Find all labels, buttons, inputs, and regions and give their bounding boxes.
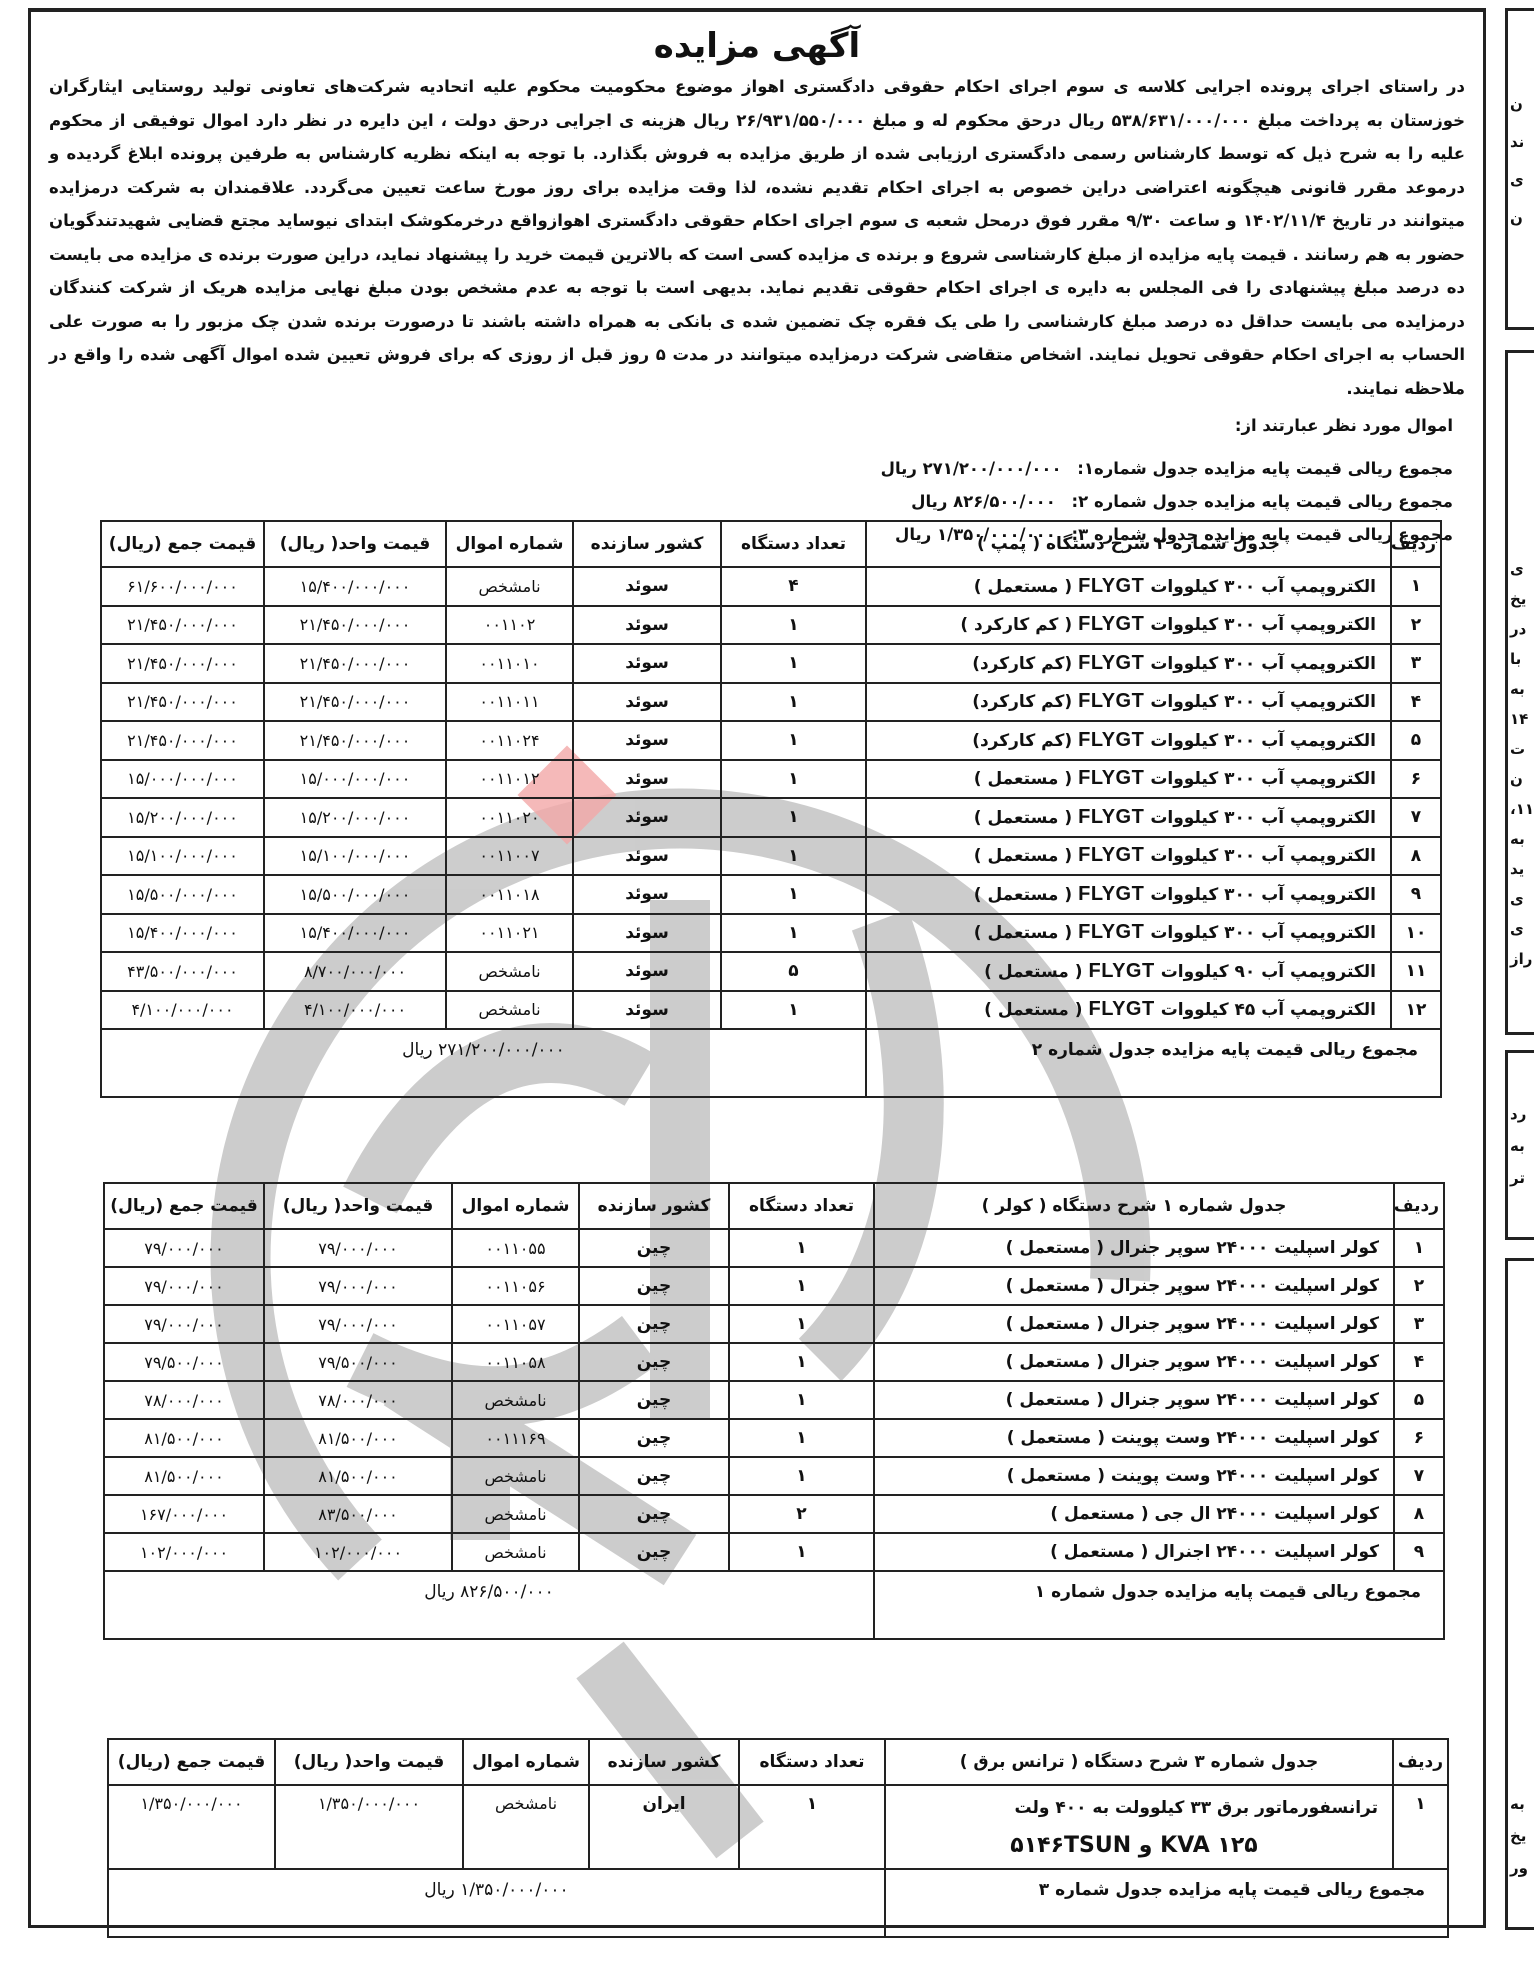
item-country: چین: [579, 1305, 729, 1343]
item-total-price: ۲۱/۴۵۰/۰۰۰/۰۰۰: [101, 683, 264, 722]
item-asset-number: نامشخص: [446, 567, 573, 606]
row-number: ۷: [1391, 798, 1441, 837]
item-unit-price: ۲۱/۴۵۰/۰۰۰/۰۰۰: [264, 606, 446, 645]
desc-condition: ( مستعمل ): [984, 962, 1082, 982]
table-sum-row: مجموع ریالی قیمت پایه مزایده جدول شماره …: [108, 1869, 1448, 1937]
brand-name: FLYGT: [1078, 575, 1144, 597]
row-number: ۶: [1394, 1419, 1444, 1457]
item-unit-price: ۴/۱۰۰/۰۰۰/۰۰۰: [264, 991, 446, 1030]
col-description: جدول شماره ۳ شرح دستگاه ( ترانس برق ): [885, 1739, 1393, 1785]
adjacent-text-fragment: راز: [1510, 945, 1532, 973]
table-row: ۴الکتروپمپ آب ۳۰۰ کیلوواتFLYGT(کم کارکرد…: [101, 683, 1441, 722]
item-total-price: ۸۱/۵۰۰/۰۰۰: [104, 1419, 264, 1457]
item-unit-price: ۱۵/۰۰۰/۰۰۰/۰۰۰: [264, 760, 446, 799]
item-country: چین: [579, 1343, 729, 1381]
item-description: کولر اسپلیت ۲۴۰۰۰ اجنرال ( مستعمل ): [874, 1533, 1394, 1571]
item-description: کولر اسپلیت ۲۴۰۰۰ سوپر جنرال ( مستعمل ): [874, 1343, 1394, 1381]
adjacent-text-fragment: ۱۴: [1510, 705, 1528, 733]
table-sum-row: مجموع ریالی قیمت پایه مزایده جدول شماره …: [104, 1571, 1444, 1639]
col-asset-number: شماره اموال: [452, 1183, 579, 1229]
table-row: ۷کولر اسپلیت ۲۴۰۰۰ وست پوینت ( مستعمل )۱…: [104, 1457, 1444, 1495]
row-number: ۹: [1391, 875, 1441, 914]
col-total-price: قیمت جمع (ریال): [108, 1739, 275, 1785]
coolers-table: ردیف جدول شماره ۱ شرح دستگاه ( کولر ) تع…: [103, 1182, 1445, 1640]
item-country: سوئد: [573, 837, 721, 876]
col-asset-number: شماره اموال: [463, 1739, 589, 1785]
desc-prefix: الکتروپمپ آب ۳۰۰ کیلووات: [1150, 923, 1376, 943]
table-row: ۵الکتروپمپ آب ۳۰۰ کیلوواتFLYGT(کم کارکرد…: [101, 721, 1441, 760]
adjacent-text-fragment: ن: [1510, 765, 1523, 793]
item-unit-price: ۲۱/۴۵۰/۰۰۰/۰۰۰: [264, 644, 446, 683]
item-country: سوئد: [573, 567, 721, 606]
row-number: ۵: [1391, 721, 1441, 760]
item-description: کولر اسپلیت ۲۴۰۰۰ ال جی ( مستعمل ): [874, 1495, 1394, 1533]
item-description: الکتروپمپ آب ۳۰۰ کیلوواتFLYGT( مستعمل ): [866, 837, 1391, 876]
adjacent-text-fragment: یخ: [1510, 585, 1526, 613]
item-unit-price: ۱۵/۵۰۰/۰۰۰/۰۰۰: [264, 875, 446, 914]
table-row: ۱ترانسفورماتور برق ۳۳ کیلوولت به ۴۰۰ ولت…: [108, 1785, 1448, 1869]
item-count: ۱: [721, 721, 866, 760]
desc-prefix: الکتروپمپ آب ۳۰۰ کیلووات: [1150, 846, 1376, 866]
item-unit-price: ۱۵/۴۰۰/۰۰۰/۰۰۰: [264, 567, 446, 606]
item-country: سوئد: [573, 991, 721, 1030]
item-count: ۱: [721, 875, 866, 914]
desc-condition: ( کم کارکرد ): [960, 615, 1072, 635]
brand-name: FLYGT: [1088, 960, 1154, 982]
item-unit-price: ۱/۳۵۰/۰۰۰/۰۰۰: [275, 1785, 463, 1869]
item-unit-price: ۷۹/۰۰۰/۰۰۰: [264, 1305, 452, 1343]
item-count: ۱: [729, 1381, 874, 1419]
table-row: ۳کولر اسپلیت ۲۴۰۰۰ سوپر جنرال ( مستعمل )…: [104, 1305, 1444, 1343]
desc-prefix: الکتروپمپ آب ۳۰۰ کیلووات: [1150, 808, 1376, 828]
adjacent-text-fragment: ور: [1510, 1854, 1528, 1882]
item-unit-price: ۲۱/۴۵۰/۰۰۰/۰۰۰: [264, 683, 446, 722]
item-country: سوئد: [573, 606, 721, 645]
table-header-row: ردیف جدول شماره ۱ شرح دستگاه ( کولر ) تع…: [104, 1183, 1444, 1229]
adjacent-text-fragment: ی: [1510, 166, 1524, 194]
item-unit-price: ۸۱/۵۰۰/۰۰۰: [264, 1457, 452, 1495]
brand-name: FLYGT: [1078, 613, 1144, 635]
brand-name: FLYGT: [1078, 729, 1144, 751]
table-row: ۷الکتروپمپ آب ۳۰۰ کیلوواتFLYGT( مستعمل )…: [101, 798, 1441, 837]
item-total-price: ۲۱/۴۵۰/۰۰۰/۰۰۰: [101, 606, 264, 645]
row-number: ۳: [1391, 644, 1441, 683]
desc-condition: ( مستعمل ): [984, 1000, 1082, 1020]
item-asset-number: ۰۰۱۱۰۵۶: [452, 1267, 579, 1305]
table-row: ۲الکتروپمپ آب ۳۰۰ کیلوواتFLYGT( کم کارکر…: [101, 606, 1441, 645]
total-line-2: مجموع ریالی قیمت پایه مزایده جدول شماره …: [881, 485, 1453, 518]
col-count: تعداد دستگاه: [729, 1183, 874, 1229]
col-unit-price: قیمت واحد( ریال): [264, 521, 446, 567]
item-count: ۱: [721, 798, 866, 837]
item-asset-number: ۰۰۱۱۰۱۸: [446, 875, 573, 914]
desc-prefix: الکتروپمپ آب ۳۰۰ کیلووات: [1150, 731, 1376, 751]
desc-prefix: الکتروپمپ آب ۳۰۰ کیلووات: [1150, 885, 1376, 905]
table-row: ۸الکتروپمپ آب ۳۰۰ کیلوواتFLYGT( مستعمل )…: [101, 837, 1441, 876]
item-total-price: ۷۹/۰۰۰/۰۰۰: [104, 1229, 264, 1267]
adjacent-text-fragment: به: [1510, 1132, 1525, 1160]
desc-line-1: ترانسفورماتور برق ۳۳ کیلوولت به ۴۰۰ ولت: [890, 1789, 1378, 1827]
row-number: ۴: [1391, 683, 1441, 722]
row-number: ۷: [1394, 1457, 1444, 1495]
desc-prefix: الکتروپمپ آب ۳۰۰ کیلووات: [1150, 577, 1376, 597]
table-row: ۹الکتروپمپ آب ۳۰۰ کیلوواتFLYGT( مستعمل )…: [101, 875, 1441, 914]
table-row: ۱الکتروپمپ آب ۳۰۰ کیلوواتFLYGT( مستعمل )…: [101, 567, 1441, 606]
item-count: ۱: [721, 991, 866, 1030]
table-row: ۱۱الکتروپمپ آب ۹۰ کیلوواتFLYGT( مستعمل )…: [101, 952, 1441, 991]
row-number: ۵: [1394, 1381, 1444, 1419]
adjacent-text-fragment: یخ: [1510, 1822, 1526, 1850]
item-total-price: ۱۰۲/۰۰۰/۰۰۰: [104, 1533, 264, 1571]
desc-prefix: الکتروپمپ آب ۴۵ کیلووات: [1161, 1000, 1376, 1020]
item-asset-number: ۰۰۱۱۰۲: [446, 606, 573, 645]
adjacent-text-fragment: به: [1510, 675, 1525, 703]
col-total-price: قیمت جمع (ریال): [104, 1183, 264, 1229]
item-description: الکتروپمپ آب ۳۰۰ کیلوواتFLYGT(کم کارکرد): [866, 644, 1391, 683]
item-asset-number: نامشخص: [463, 1785, 589, 1869]
item-total-price: ۱/۳۵۰/۰۰۰/۰۰۰: [108, 1785, 275, 1869]
table-row: ۹کولر اسپلیت ۲۴۰۰۰ اجنرال ( مستعمل )۱چین…: [104, 1533, 1444, 1571]
table-row: ۵کولر اسپلیت ۲۴۰۰۰ سوپر جنرال ( مستعمل )…: [104, 1381, 1444, 1419]
adjacent-text-fragment: به: [1510, 825, 1525, 853]
item-description: کولر اسپلیت ۲۴۰۰۰ سوپر جنرال ( مستعمل ): [874, 1381, 1394, 1419]
desc-condition: ( مستعمل ): [974, 846, 1072, 866]
col-unit-price: قیمت واحد( ریال): [264, 1183, 452, 1229]
desc-prefix: الکتروپمپ آب ۳۰۰ کیلووات: [1150, 692, 1376, 712]
item-count: ۴: [721, 567, 866, 606]
adjacent-text-fragment: ی: [1510, 555, 1524, 583]
item-count: ۱: [739, 1785, 885, 1869]
adjacent-text-fragment: ۱۱،: [1510, 795, 1534, 823]
item-asset-number: ۰۰۱۱۰۵۵: [452, 1229, 579, 1267]
table-row: ۶الکتروپمپ آب ۳۰۰ کیلوواتFLYGT( مستعمل )…: [101, 760, 1441, 799]
item-description: الکتروپمپ آب ۳۰۰ کیلوواتFLYGT(کم کارکرد): [866, 721, 1391, 760]
item-unit-price: ۷۸/۰۰۰/۰۰۰: [264, 1381, 452, 1419]
item-unit-price: ۱۵/۲۰۰/۰۰۰/۰۰۰: [264, 798, 446, 837]
item-description: کولر اسپلیت ۲۴۰۰۰ وست پوینت ( مستعمل ): [874, 1457, 1394, 1495]
item-count: ۱: [729, 1419, 874, 1457]
item-description: الکتروپمپ آب ۴۵ کیلوواتFLYGT( مستعمل ): [866, 991, 1391, 1030]
col-count: تعداد دستگاه: [739, 1739, 885, 1785]
table-sum-row: مجموع ریالی قیمت پایه مزایده جدول شماره …: [101, 1029, 1441, 1097]
item-description: کولر اسپلیت ۲۴۰۰۰ سوپر جنرال ( مستعمل ): [874, 1267, 1394, 1305]
item-description: الکتروپمپ آب ۳۰۰ کیلوواتFLYGT( مستعمل ): [866, 798, 1391, 837]
pumps-table: ردیف جدول شماره ۲ شرح دستگاه ( پمپ ) تعد…: [100, 520, 1442, 1098]
col-description: جدول شماره ۲ شرح دستگاه ( پمپ ): [866, 521, 1391, 567]
item-asset-number: ۰۰۱۱۰۵۸: [452, 1343, 579, 1381]
transformer-table: ردیف جدول شماره ۳ شرح دستگاه ( ترانس برق…: [107, 1738, 1449, 1938]
item-total-price: ۱۵/۱۰۰/۰۰۰/۰۰۰: [101, 837, 264, 876]
col-row: ردیف: [1394, 1183, 1444, 1229]
row-number: ۲: [1391, 606, 1441, 645]
adjacent-text-fragment: به: [1510, 1790, 1525, 1818]
item-unit-price: ۸۱/۵۰۰/۰۰۰: [264, 1419, 452, 1457]
item-country: سوئد: [573, 875, 721, 914]
item-count: ۱: [729, 1229, 874, 1267]
row-number: ۳: [1394, 1305, 1444, 1343]
item-description: الکتروپمپ آب ۳۰۰ کیلوواتFLYGT( مستعمل ): [866, 760, 1391, 799]
table-row: ۸کولر اسپلیت ۲۴۰۰۰ ال جی ( مستعمل )۲چینن…: [104, 1495, 1444, 1533]
item-description: الکتروپمپ آب ۳۰۰ کیلوواتFLYGT( مستعمل ): [866, 875, 1391, 914]
item-asset-number: ۰۰۱۱۰۱۰: [446, 644, 573, 683]
item-total-price: ۷۹/۰۰۰/۰۰۰: [104, 1305, 264, 1343]
desc-condition: ( مستعمل ): [974, 885, 1072, 905]
item-unit-price: ۸۳/۵۰۰/۰۰۰: [264, 1495, 452, 1533]
table-row: ۶کولر اسپلیت ۲۴۰۰۰ وست پوینت ( مستعمل )۱…: [104, 1419, 1444, 1457]
col-country: کشور سازنده: [579, 1183, 729, 1229]
item-asset-number: ۰۰۱۱۰۱۲: [446, 760, 573, 799]
col-count: تعداد دستگاه: [721, 521, 866, 567]
item-total-price: ۱۵/۴۰۰/۰۰۰/۰۰۰: [101, 914, 264, 953]
row-number: ۱: [1391, 567, 1441, 606]
adjacent-text-fragment: ید: [1510, 855, 1524, 883]
desc-condition: ( مستعمل ): [974, 808, 1072, 828]
sum-value: ۸۲۶/۵۰۰/۰۰۰ ریال: [104, 1571, 874, 1639]
item-country: چین: [579, 1267, 729, 1305]
sum-label: مجموع ریالی قیمت پایه مزایده جدول شماره …: [866, 1029, 1441, 1097]
col-country: کشور سازنده: [589, 1739, 739, 1785]
item-count: ۱: [729, 1305, 874, 1343]
item-country: چین: [579, 1381, 729, 1419]
item-unit-price: ۱۵/۴۰۰/۰۰۰/۰۰۰: [264, 914, 446, 953]
item-count: ۱: [729, 1343, 874, 1381]
col-asset-number: شماره اموال: [446, 521, 573, 567]
adjacent-text-fragment: ت: [1510, 735, 1525, 763]
item-unit-price: ۱۵/۱۰۰/۰۰۰/۰۰۰: [264, 837, 446, 876]
item-description: کولر اسپلیت ۲۴۰۰۰ سوپر جنرال ( مستعمل ): [874, 1229, 1394, 1267]
row-number: ۴: [1394, 1343, 1444, 1381]
item-country: ایران: [589, 1785, 739, 1869]
item-description: کولر اسپلیت ۲۴۰۰۰ وست پوینت ( مستعمل ): [874, 1419, 1394, 1457]
items-intro: اموال مورد نظر عبارتند از:: [1235, 416, 1453, 435]
item-asset-number: ۰۰۱۱۰۲۰: [446, 798, 573, 837]
item-country: سوئد: [573, 760, 721, 799]
item-description: الکتروپمپ آب ۳۰۰ کیلوواتFLYGT(کم کارکرد): [866, 683, 1391, 722]
item-unit-price: ۷۹/۰۰۰/۰۰۰: [264, 1229, 452, 1267]
item-asset-number: ۰۰۱۱۰۱۱: [446, 683, 573, 722]
col-unit-price: قیمت واحد( ریال): [275, 1739, 463, 1785]
item-total-price: ۱۵/۰۰۰/۰۰۰/۰۰۰: [101, 760, 264, 799]
item-total-price: ۲۱/۴۵۰/۰۰۰/۰۰۰: [101, 721, 264, 760]
brand-name: FLYGT: [1088, 998, 1154, 1020]
col-description: جدول شماره ۱ شرح دستگاه ( کولر ): [874, 1183, 1394, 1229]
desc-prefix: الکتروپمپ آب ۳۰۰ کیلووات: [1150, 654, 1376, 674]
item-count: ۱: [721, 644, 866, 683]
item-asset-number: ۰۰۱۱۰۲۴: [446, 721, 573, 760]
row-number: ۱۲: [1391, 991, 1441, 1030]
item-country: سوئد: [573, 798, 721, 837]
item-count: ۱: [729, 1457, 874, 1495]
row-number: ۶: [1391, 760, 1441, 799]
row-number: ۸: [1391, 837, 1441, 876]
item-count: ۵: [721, 952, 866, 991]
item-country: چین: [579, 1533, 729, 1571]
item-total-price: ۸۱/۵۰۰/۰۰۰: [104, 1457, 264, 1495]
row-number: ۱: [1394, 1229, 1444, 1267]
item-count: ۱: [729, 1533, 874, 1571]
item-total-price: ۱۵/۵۰۰/۰۰۰/۰۰۰: [101, 875, 264, 914]
brand-name: FLYGT: [1078, 883, 1144, 905]
item-description: الکتروپمپ آب ۳۰۰ کیلوواتFLYGT( مستعمل ): [866, 567, 1391, 606]
item-description: ترانسفورماتور برق ۳۳ کیلوولت به ۴۰۰ ولتK…: [885, 1785, 1393, 1869]
adjacent-text-fragment: ند: [1510, 128, 1524, 156]
item-country: سوئد: [573, 952, 721, 991]
item-total-price: ۱۶۷/۰۰۰/۰۰۰: [104, 1495, 264, 1533]
item-count: ۲: [729, 1495, 874, 1533]
item-asset-number: ۰۰۱۱۱۶۹: [452, 1419, 579, 1457]
notice-title: آگهی مزایده: [31, 26, 1483, 66]
brand-name: FLYGT: [1078, 652, 1144, 674]
item-asset-number: ۰۰۱۱۰۲۱: [446, 914, 573, 953]
item-description: الکتروپمپ آب ۳۰۰ کیلوواتFLYGT( مستعمل ): [866, 914, 1391, 953]
item-total-price: ۷۹/۰۰۰/۰۰۰: [104, 1267, 264, 1305]
table-header-row: ردیف جدول شماره ۳ شرح دستگاه ( ترانس برق…: [108, 1739, 1448, 1785]
adjacent-text-fragment: در: [1510, 615, 1526, 643]
row-number: ۸: [1394, 1495, 1444, 1533]
item-total-price: ۴/۱۰۰/۰۰۰/۰۰۰: [101, 991, 264, 1030]
item-total-price: ۷۹/۵۰۰/۰۰۰: [104, 1343, 264, 1381]
desc-condition: (کم کارکرد): [972, 692, 1072, 712]
item-asset-number: ۰۰۱۱۰۵۷: [452, 1305, 579, 1343]
item-total-price: ۷۸/۰۰۰/۰۰۰: [104, 1381, 264, 1419]
desc-line-2: KVA ۱۲۵ و ۵۱۴۶TSUN: [890, 1827, 1378, 1865]
table-row: ۱۰الکتروپمپ آب ۳۰۰ کیلوواتFLYGT( مستعمل …: [101, 914, 1441, 953]
item-description: کولر اسپلیت ۲۴۰۰۰ سوپر جنرال ( مستعمل ): [874, 1305, 1394, 1343]
desc-condition: ( مستعمل ): [974, 769, 1072, 789]
item-asset-number: نامشخص: [452, 1495, 579, 1533]
col-row: ردیف: [1393, 1739, 1448, 1785]
row-number: ۱۱: [1391, 952, 1441, 991]
item-country: چین: [579, 1457, 729, 1495]
col-row: ردیف: [1391, 521, 1441, 567]
item-asset-number: نامشخص: [446, 952, 573, 991]
desc-condition: ( مستعمل ): [974, 923, 1072, 943]
table-header-row: ردیف جدول شماره ۲ شرح دستگاه ( پمپ ) تعد…: [101, 521, 1441, 567]
brand-name: FLYGT: [1078, 806, 1144, 828]
adjacent-text-fragment: ی: [1510, 885, 1524, 913]
item-count: ۱: [721, 760, 866, 799]
item-count: ۱: [721, 914, 866, 953]
col-total-price: قیمت جمع (ریال): [101, 521, 264, 567]
brand-name: FLYGT: [1078, 844, 1144, 866]
adjacent-text-fragment: ی: [1510, 915, 1524, 943]
item-count: ۱: [721, 606, 866, 645]
adjacent-text-fragment: تر: [1510, 1164, 1525, 1192]
sum-value: ۱/۳۵۰/۰۰۰/۰۰۰ ریال: [108, 1869, 885, 1937]
item-count: ۱: [721, 837, 866, 876]
table-row: ۱کولر اسپلیت ۲۴۰۰۰ سوپر جنرال ( مستعمل )…: [104, 1229, 1444, 1267]
sum-label: مجموع ریالی قیمت پایه مزایده جدول شماره …: [885, 1869, 1448, 1937]
item-country: سوئد: [573, 683, 721, 722]
table-row: ۳الکتروپمپ آب ۳۰۰ کیلوواتFLYGT(کم کارکرد…: [101, 644, 1441, 683]
sum-value: ۲۷۱/۲۰۰/۰۰۰/۰۰۰ ریال: [101, 1029, 866, 1097]
item-unit-price: ۲۱/۴۵۰/۰۰۰/۰۰۰: [264, 721, 446, 760]
item-asset-number: ۰۰۱۱۰۰۷: [446, 837, 573, 876]
item-description: الکتروپمپ آب ۹۰ کیلوواتFLYGT( مستعمل ): [866, 952, 1391, 991]
desc-condition: (کم کارکرد): [972, 731, 1072, 751]
table-row: ۱۲الکتروپمپ آب ۴۵ کیلوواتFLYGT( مستعمل )…: [101, 991, 1441, 1030]
item-total-price: ۱۵/۲۰۰/۰۰۰/۰۰۰: [101, 798, 264, 837]
item-count: ۱: [729, 1267, 874, 1305]
item-unit-price: ۸/۷۰۰/۰۰۰/۰۰۰: [264, 952, 446, 991]
desc-condition: ( مستعمل ): [974, 577, 1072, 597]
brand-name: FLYGT: [1078, 767, 1144, 789]
adjacent-text-fragment: ن: [1510, 90, 1523, 118]
row-number: ۱۰: [1391, 914, 1441, 953]
desc-prefix: الکتروپمپ آب ۳۰۰ کیلووات: [1150, 615, 1376, 635]
item-country: سوئد: [573, 721, 721, 760]
desc-condition: (کم کارکرد): [972, 654, 1072, 674]
row-number: ۹: [1394, 1533, 1444, 1571]
adjacent-text-fragment: ن: [1510, 204, 1523, 232]
item-country: چین: [579, 1229, 729, 1267]
row-number: ۲: [1394, 1267, 1444, 1305]
item-asset-number: نامشخص: [452, 1381, 579, 1419]
item-country: سوئد: [573, 644, 721, 683]
item-country: سوئد: [573, 914, 721, 953]
item-asset-number: نامشخص: [452, 1457, 579, 1495]
item-unit-price: ۷۹/۰۰۰/۰۰۰: [264, 1267, 452, 1305]
item-unit-price: ۷۹/۵۰۰/۰۰۰: [264, 1343, 452, 1381]
col-country: کشور سازنده: [573, 521, 721, 567]
item-total-price: ۲۱/۴۵۰/۰۰۰/۰۰۰: [101, 644, 264, 683]
item-asset-number: نامشخص: [452, 1533, 579, 1571]
item-country: چین: [579, 1495, 729, 1533]
item-unit-price: ۱۰۲/۰۰۰/۰۰۰: [264, 1533, 452, 1571]
item-count: ۱: [721, 683, 866, 722]
table-row: ۴کولر اسپلیت ۲۴۰۰۰ سوپر جنرال ( مستعمل )…: [104, 1343, 1444, 1381]
item-asset-number: نامشخص: [446, 991, 573, 1030]
adjacent-text-fragment: با: [1510, 645, 1521, 673]
item-total-price: ۴۳/۵۰۰/۰۰۰/۰۰۰: [101, 952, 264, 991]
desc-prefix: الکتروپمپ آب ۹۰ کیلووات: [1161, 962, 1376, 982]
item-country: چین: [579, 1419, 729, 1457]
item-description: الکتروپمپ آب ۳۰۰ کیلوواتFLYGT( کم کارکرد…: [866, 606, 1391, 645]
adjacent-text-fragment: رد: [1510, 1100, 1526, 1128]
item-total-price: ۶۱/۶۰۰/۰۰۰/۰۰۰: [101, 567, 264, 606]
table-row: ۲کولر اسپلیت ۲۴۰۰۰ سوپر جنرال ( مستعمل )…: [104, 1267, 1444, 1305]
sum-label: مجموع ریالی قیمت پایه مزایده جدول شماره …: [874, 1571, 1444, 1639]
row-number: ۱: [1393, 1785, 1448, 1869]
notice-body: در راستای اجرای پرونده اجرایی کلاسه ی سو…: [49, 70, 1465, 405]
total-line-1: مجموع ریالی قیمت پایه مزایده جدول شماره۱…: [881, 452, 1453, 485]
brand-name: FLYGT: [1078, 690, 1144, 712]
desc-prefix: الکتروپمپ آب ۳۰۰ کیلووات: [1150, 769, 1376, 789]
brand-name: FLYGT: [1078, 921, 1144, 943]
